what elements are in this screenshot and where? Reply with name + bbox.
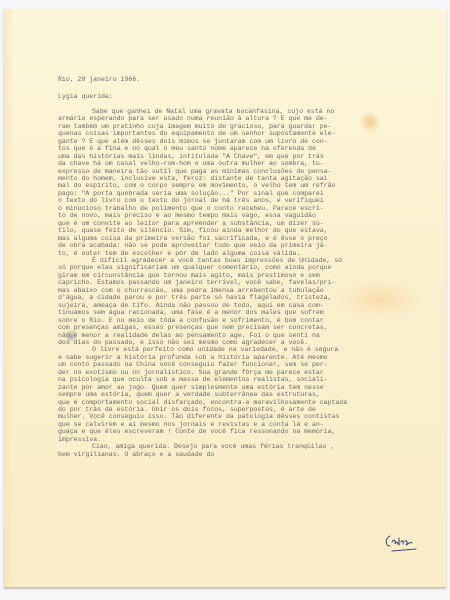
text-line: gante ? E que além dêsses dois mimos se … [58,138,433,145]
text-line: mas alguma coisa da primeira versão foi … [58,235,433,242]
text-line: sujeira, ameaça de tifo. Ainda não passo… [58,302,433,309]
paragraph-2: É difícil agradecer a você tantas boas i… [58,257,433,346]
text-line: mal do espírito, com o corpo sempre em m… [58,182,433,189]
text-line: ram também um pratinho cuja imagem muito… [58,123,433,130]
text-line: mento do homem, inclusive esta, feroz: d… [58,175,433,182]
text-line: É difícil agradecer a você tantas boas i… [58,257,433,264]
text-line: der no exotismo ou no jornalístico. Sua … [58,369,433,376]
text-line: expresso de maneira tão sutil que paga a… [58,168,433,175]
text-line: sempre uma estória, quem quer a verdade … [58,391,433,398]
text-line: guaça e que êles escreveram ! Conte de v… [58,428,433,435]
handwritten-signature [382,530,422,556]
signature-icon [382,530,422,556]
text-line: mas abaixo com o churrascão, uma pedra i… [58,287,433,294]
text-line: só porque elas significariam um qualquer… [58,264,433,271]
text-line: quenas coisas importantes do equipamento… [58,130,433,137]
text-line: tilo, quase feito de silêncio. Sim, fico… [58,227,433,234]
text-line: zante por amor ao jogo. Quem quer simple… [58,384,433,391]
text-line: pago: "A porta quebrada seria uma soluçã… [58,190,433,197]
text-line: mulher. Você conseguiu isso. Tão diferen… [58,413,433,420]
text-line: que é um convite ao leitor para apreende… [58,220,433,227]
text-line: sobre o Rio. E no meio de tôda a confusã… [58,317,433,324]
text-line: na psicologia que oculta sob a massa de … [58,376,433,383]
text-line: não é menor a realidade delas ao pensame… [58,332,433,339]
text-line: tos que é a fina e no qual o meu santo n… [58,145,433,152]
text-line: impressiva. [58,436,433,443]
text-line: o minucioso trabalho de polimento que o … [58,205,433,212]
paragraph-1: Sabe que ganhei de Natal uma gravata boc… [58,108,433,257]
text-line: dos dias do passado, e isso não sei mesm… [58,339,433,346]
text-line: Sabe que ganhei de Natal uma gravata boc… [58,108,433,115]
paragraph-4: Ciao, amiga querida. Desejo para você um… [58,443,433,458]
text-line: da chave há um casal velho-rom-hom e uma… [58,160,433,167]
paragraph-3: O livre está perfeito como unidade na va… [58,346,433,443]
text-line: giram em circunstância que tornou mais a… [58,272,433,279]
text-line: d'água, a cidade parou e por três parte … [58,294,433,301]
text-line: Ciao, amiga querida. Desejo para você um… [58,443,433,450]
text-line: uma das histórias mais lindas, intitulad… [58,153,433,160]
text-line: o texto do livro com o texto do jornal d… [58,197,433,204]
text-line: bem virgilianas. O abraço e a saudade do [58,451,433,458]
dateline: Rio, 28 janeiro 1966. [58,76,433,83]
text-line: do por trás da estória. Unir os dois foc… [58,406,433,413]
text-line: que se calvirem e aí mesmo nos jornais e… [58,421,433,428]
text-line: de obra acabada: não se pode aproveitar … [58,242,433,249]
text-line: armário esperando para ser usado numa re… [58,115,433,122]
text-line: um conto passado na China você conseguiu… [58,361,433,368]
text-line: to de novo, mais preciso e ao mesmo temp… [58,212,433,219]
letter-body: Rio, 28 janeiro 1966. Lygia querida: Sab… [58,76,433,458]
text-line: O livre está perfeito como unidade na va… [58,346,433,353]
text-line: que é comportamento social disfarçado, e… [58,399,433,406]
text-line: com presenças amigas, essas presenças qu… [58,324,433,331]
text-line: capricho. Estamos passando um janeiro te… [58,279,433,286]
salutation: Lygia querida: [58,93,433,100]
text-line: e sabe sugerir a história profunda sob a… [58,354,433,361]
text-line: tinuamos sem água racionada, uma fase é … [58,309,433,316]
text-line: to, é outer tem de escolher e pôr de lad… [58,250,433,257]
